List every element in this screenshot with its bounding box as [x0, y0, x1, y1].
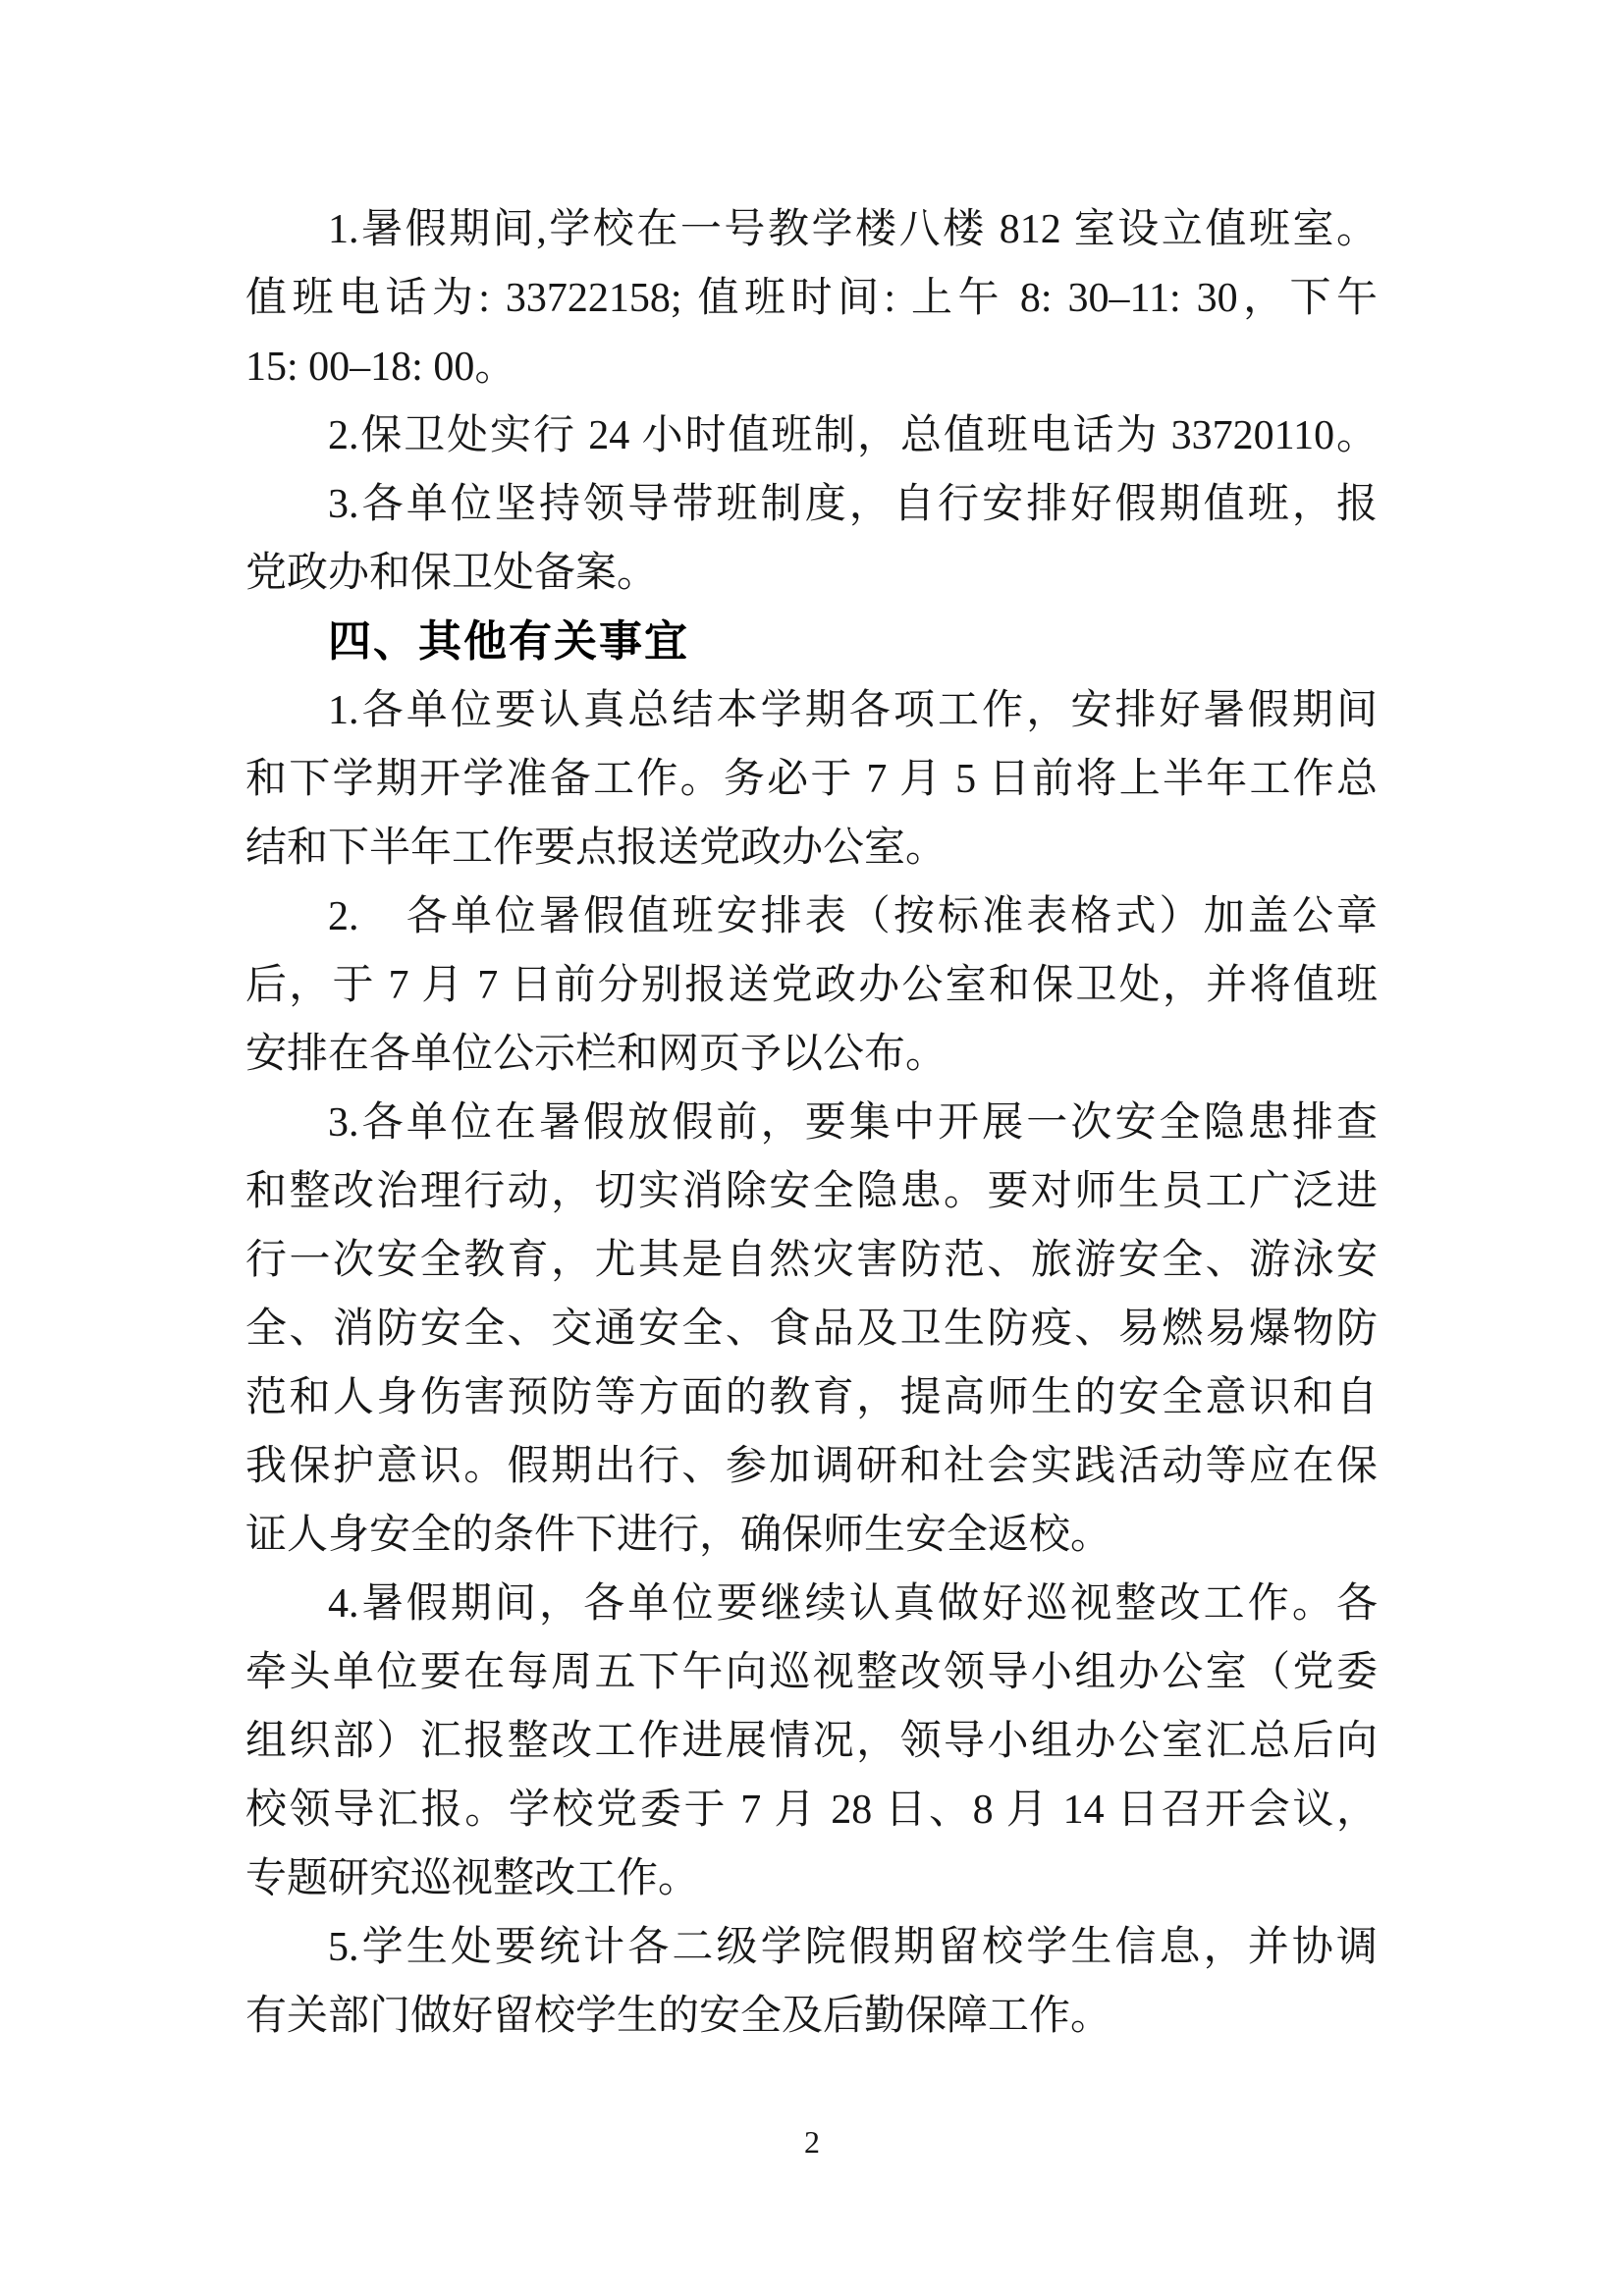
text-line: 范和人身伤害预防等方面的教育，提高师生的安全意识和自 [245, 1363, 1378, 1432]
text-line: 15: 00–18: 00。 [245, 333, 1378, 401]
text-line: 2. 各单位暑假值班安排表（按标准表格式）加盖公章 [245, 882, 1378, 951]
text-line: 我保护意识。假期出行、参加调研和社会实践活动等应在保 [245, 1432, 1378, 1501]
text-line: 全、消防安全、交通安全、食品及卫生防疫、易燃易爆物防 [245, 1295, 1378, 1363]
text-line: 牵头单位要在每周五下午向巡视整改领导小组办公室（党委 [245, 1638, 1378, 1707]
text-line: 3.各单位坚持领导带班制度，自行安排好假期值班，报 [245, 470, 1378, 539]
text-line: 证人身安全的条件下进行，确保师生安全返校。 [245, 1501, 1378, 1570]
text-line: 行一次安全教育，尤其是自然灾害防范、旅游安全、游泳安 [245, 1226, 1378, 1295]
section-heading: 四、其他有关事宜 [245, 608, 1378, 676]
page-number: 2 [0, 2122, 1624, 2162]
text-line: 和下学期开学准备工作。务必于 7 月 5 日前将上半年工作总 [245, 745, 1378, 814]
document-body: 1.暑假期间,学校在一号教学楼八楼 812 室设立值班室。值班电话为: 3372… [245, 195, 1378, 2051]
text-line: 和整改治理行动，切实消除安全隐患。要对师生员工广泛进 [245, 1157, 1378, 1226]
text-line: 3.各单位在暑假放假前，要集中开展一次安全隐患排查 [245, 1089, 1378, 1157]
text-line: 1.各单位要认真总结本学期各项工作，安排好暑假期间 [245, 676, 1378, 745]
text-line: 有关部门做好留校学生的安全及后勤保障工作。 [245, 1982, 1378, 2051]
text-line: 组织部）汇报整改工作进展情况，领导小组办公室汇总后向 [245, 1707, 1378, 1776]
text-line: 校领导汇报。学校党委于 7 月 28 日、8 月 14 日召开会议， [245, 1776, 1378, 1844]
text-line: 党政办和保卫处备案。 [245, 539, 1378, 608]
text-line: 1.暑假期间,学校在一号教学楼八楼 812 室设立值班室。 [245, 195, 1378, 264]
text-line: 2.保卫处实行 24 小时值班制，总值班电话为 33720110。 [245, 401, 1378, 470]
text-line: 专题研究巡视整改工作。 [245, 1844, 1378, 1913]
text-line: 结和下半年工作要点报送党政办公室。 [245, 814, 1378, 882]
text-line: 后，于 7 月 7 日前分别报送党政办公室和保卫处，并将值班 [245, 951, 1378, 1020]
text-line: 4.暑假期间，各单位要继续认真做好巡视整改工作。各 [245, 1570, 1378, 1638]
text-line: 5.学生处要统计各二级学院假期留校学生信息，并协调 [245, 1913, 1378, 1982]
text-line: 安排在各单位公示栏和网页予以公布。 [245, 1020, 1378, 1089]
document-page: 1.暑假期间,学校在一号教学楼八楼 812 室设立值班室。值班电话为: 3372… [0, 0, 1624, 2296]
text-line: 值班电话为: 33722158; 值班时间: 上午 8: 30–11: 30，下… [245, 264, 1378, 333]
